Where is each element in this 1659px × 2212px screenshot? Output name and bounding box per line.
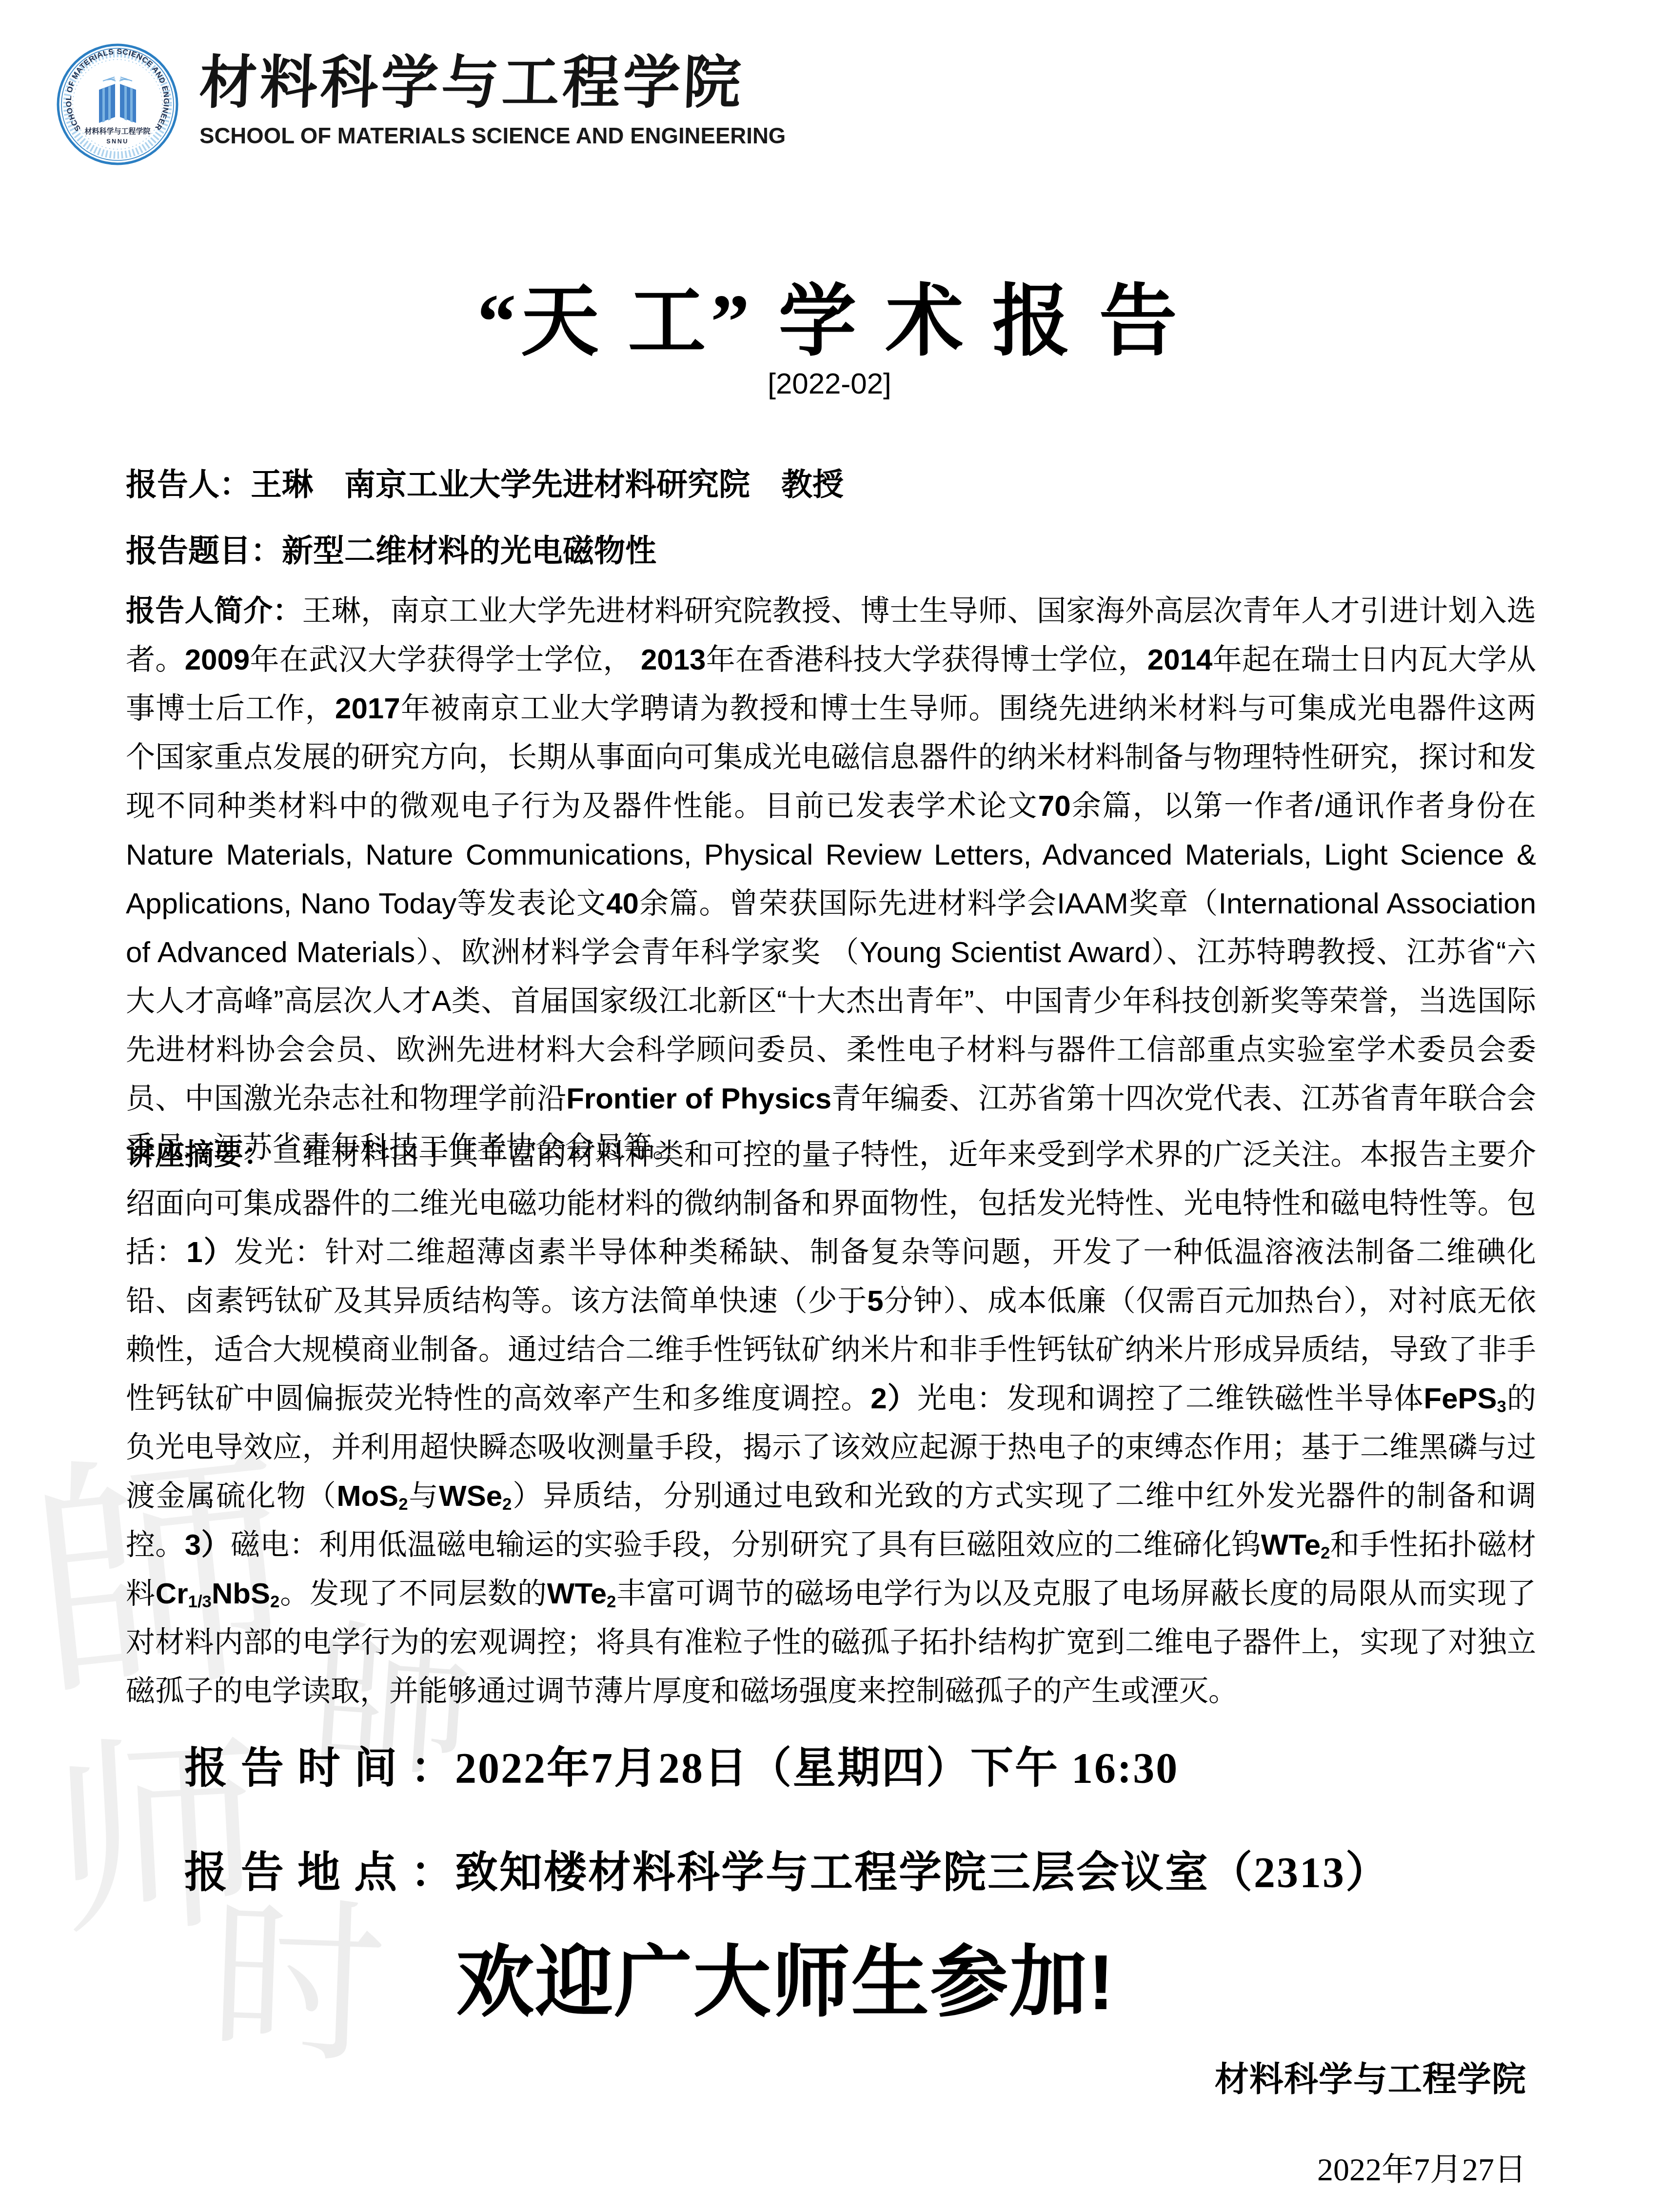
school-wordmark: 材料科学与工程学院 SCHOOL OF MATERIALS SCIENCE AN… (199, 43, 804, 149)
poster-title: “天 工” 学 术 报 告 (0, 258, 1659, 371)
issue-number: [2022-02] (0, 367, 1659, 400)
report-time-label: 报 告 时 间 ： (184, 1745, 455, 1792)
welcome-line: 欢迎广大师生参加! (0, 1919, 1659, 2032)
school-name-english: SCHOOL OF MATERIALS SCIENCE AND ENGINEER… (199, 122, 786, 149)
seal-chinese-name: 材料科学与工程学院 (84, 127, 150, 136)
report-place-line: 报 告 地 点 ：致知楼材料科学与工程学院三层会议室（2313） (184, 1846, 1390, 1900)
footer: 材料科学与工程学院 2022年7月27日 (1215, 2052, 1526, 2190)
lecture-abstract-paragraph: 讲座摘要：二维材料由于其丰富的材料种类和可控的量子特性，近年来受到学术界的广泛关… (126, 1130, 1536, 1716)
footer-organization: 材料科学与工程学院 (1215, 2052, 1526, 2101)
speaker-label: 报告人： (126, 467, 251, 502)
topic-value: 新型二维材料的光电磁物性 (282, 533, 656, 568)
report-time-value: 2022年7月28日（星期四）下午 16:30 (455, 1745, 1179, 1792)
school-seal-icon: SCHOOL OF MATERIALS SCIENCE AND ENGINEER… (56, 43, 179, 166)
footer-date: 2022年7月27日 (1215, 2143, 1526, 2190)
speaker-value: 王琳 南京工业大学先进材料研究院 教授 (251, 467, 844, 502)
seal-abbr-text: SNNU (106, 138, 128, 145)
report-time-line: 报 告 时 间 ：2022年7月28日（星期四）下午 16:30 (184, 1742, 1390, 1796)
topic-line: 报告题目：新型二维材料的光电磁物性 (126, 526, 656, 571)
speaker-line: 报告人：王琳 南京工业大学先进材料研究院 教授 (126, 459, 844, 504)
report-place-value: 致知楼材料科学与工程学院三层会议室（2313） (455, 1849, 1390, 1896)
seminar-poster-page: 師 師 师 时 SCHOOL OF MATERIALS SCIENCE AND … (0, 0, 1659, 2212)
topic-label: 报告题目： (126, 533, 282, 568)
school-brand-header: SCHOOL OF MATERIALS SCIENCE AND ENGINEER… (56, 43, 804, 166)
speaker-bio-paragraph: 报告人简介：王琳，南京工业大学先进材料研究院教授、博士生导师、国家海外高层次青年… (126, 587, 1536, 1172)
report-place-label: 报 告 地 点 ： (184, 1849, 455, 1896)
school-name-chinese: 材料科学与工程学院 (198, 52, 805, 115)
